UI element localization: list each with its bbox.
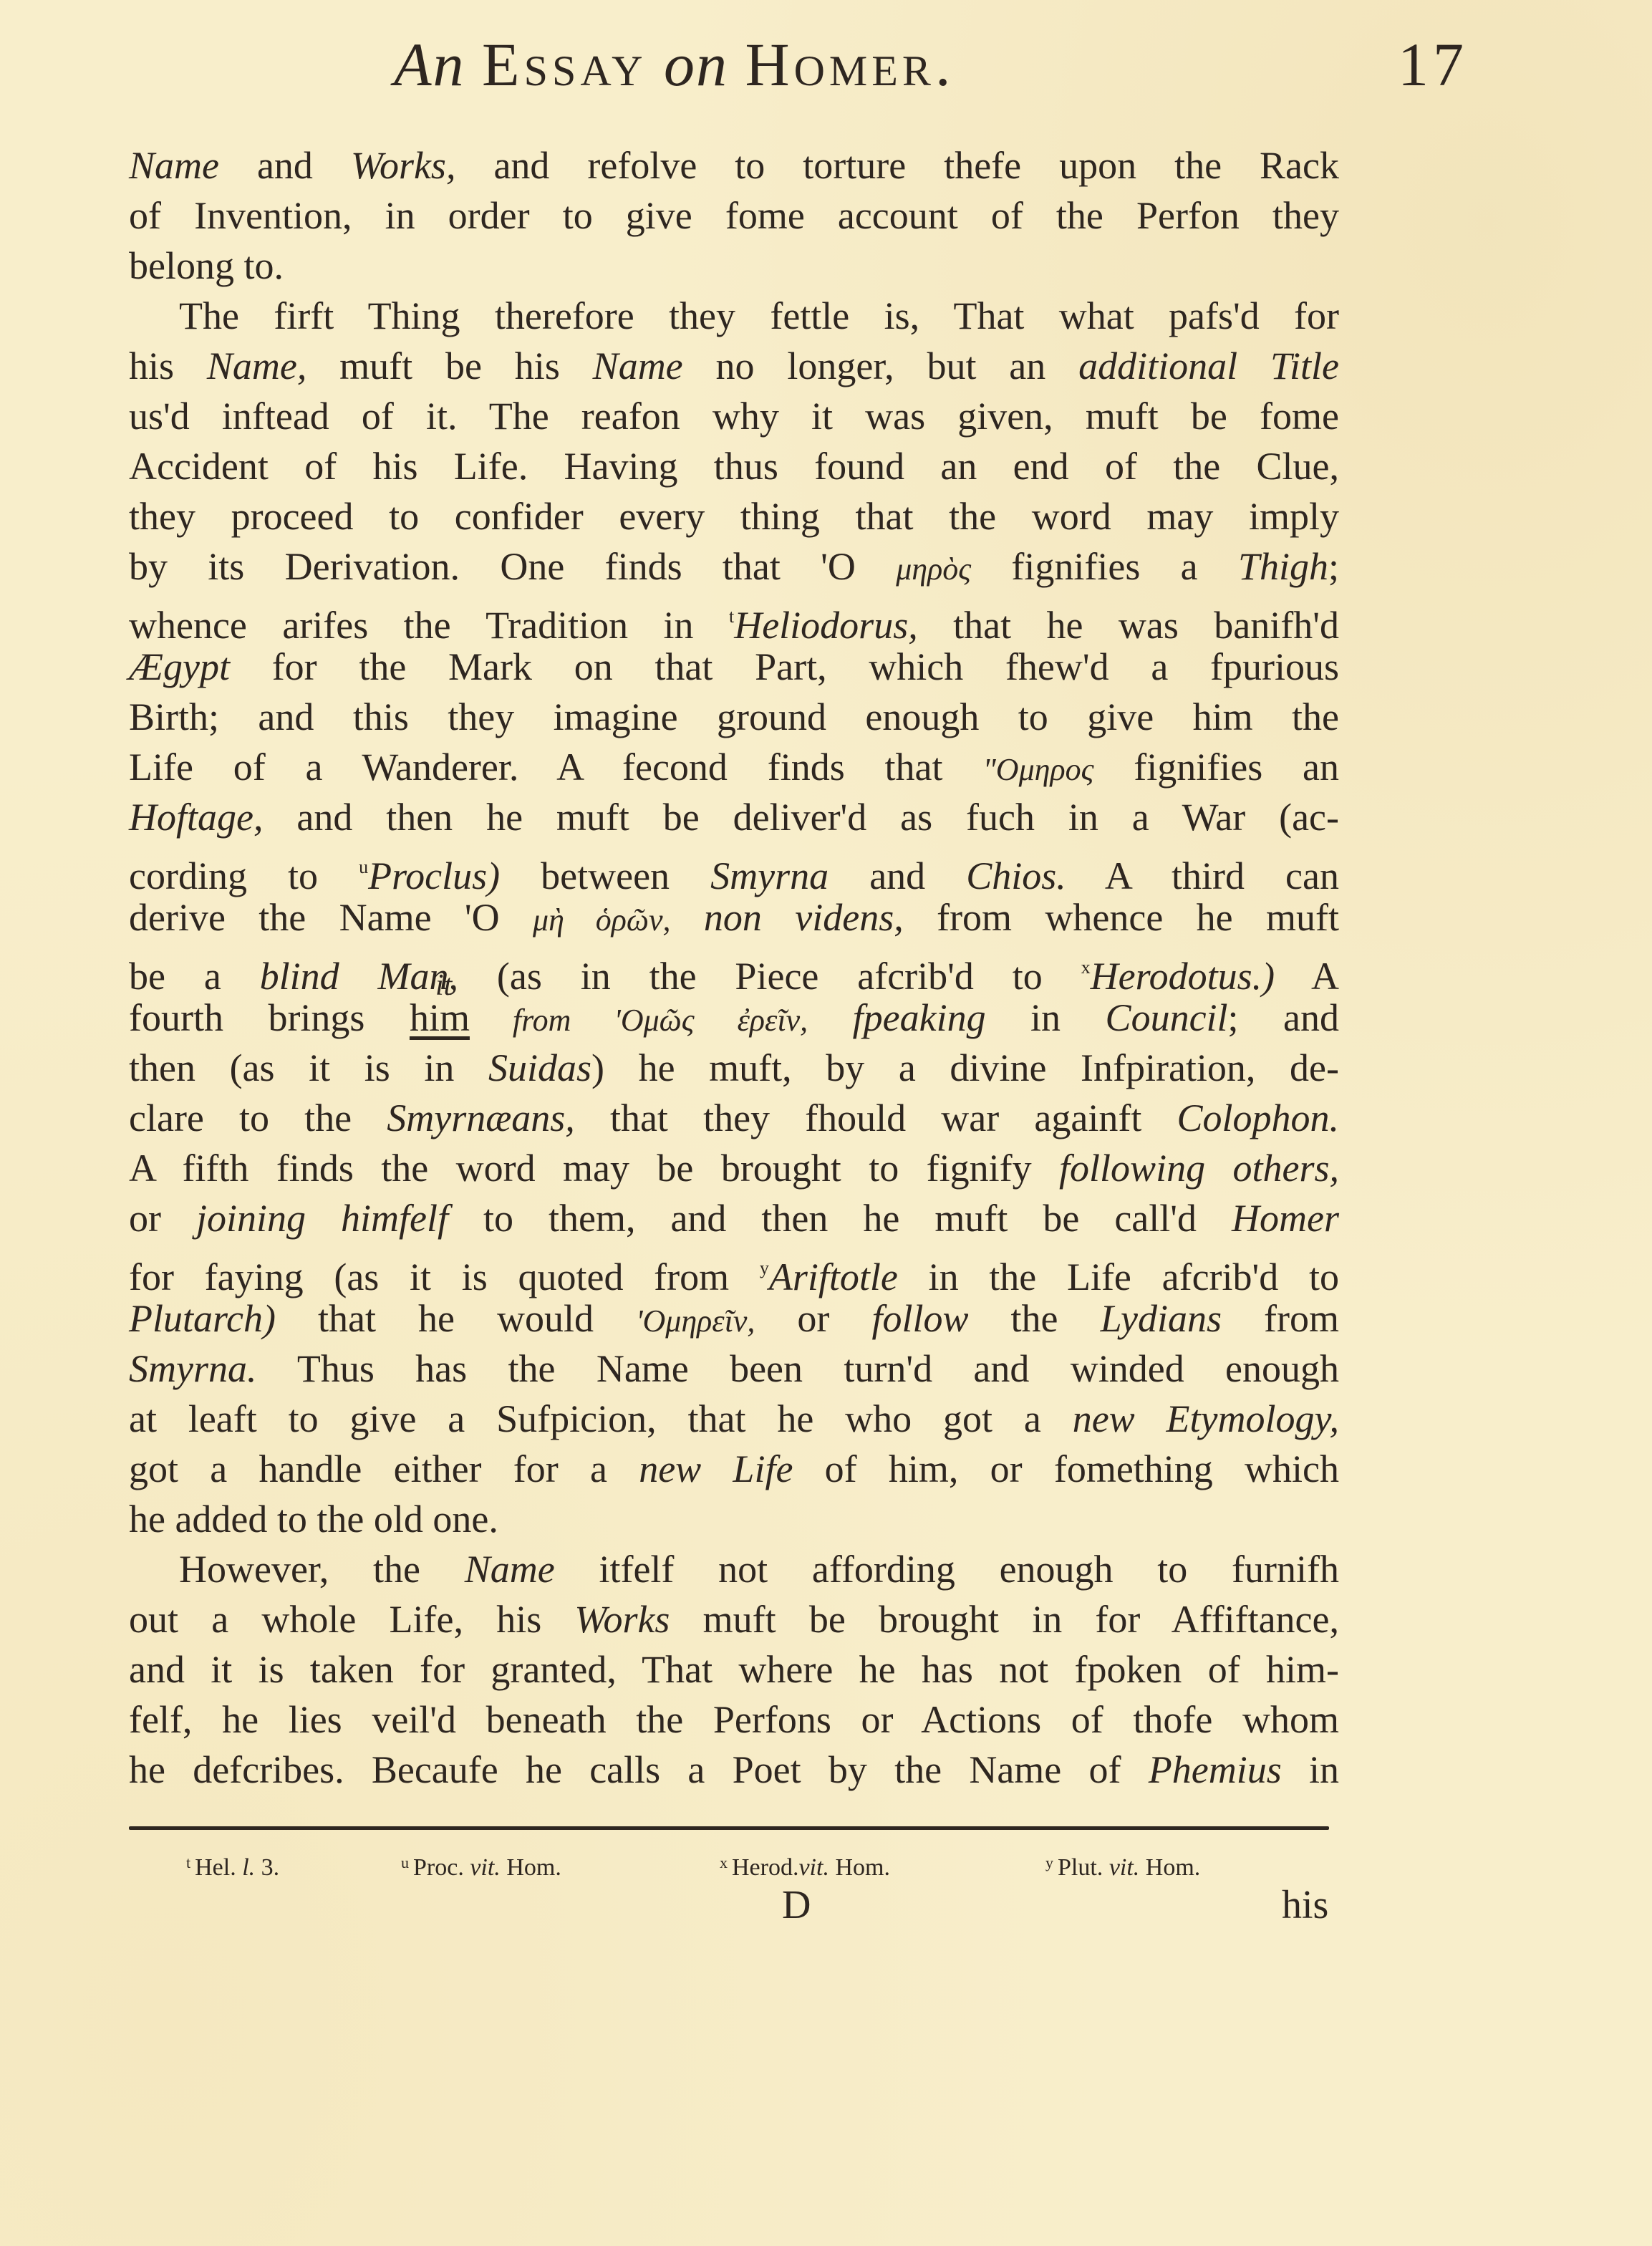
text-run: he added to the old one. xyxy=(129,1498,498,1541)
signature-mark: D xyxy=(782,1882,811,1928)
footnotes: tHel. l. 3. uProc. vit. Hom. xHerod.vit.… xyxy=(186,1854,1303,1889)
text-line: of Invention, in order to give fome acco… xyxy=(129,191,1339,241)
text-line: A fifth finds the word may be brought to… xyxy=(129,1143,1339,1193)
text-line: Accident of his Life. Having thus found … xyxy=(129,441,1339,491)
text-line: Life of a Wanderer. A fecond finds that … xyxy=(129,742,1339,792)
text-line: got a handle either for a new Life of hi… xyxy=(129,1444,1339,1494)
text-run: then (as it is in xyxy=(129,1046,488,1089)
text-line: clare to the Smyrnæans, that they fhould… xyxy=(129,1093,1339,1143)
text-run: Birth; and this they imagine ground enou… xyxy=(129,695,1339,738)
italic-run: non videns, xyxy=(704,896,904,939)
book-page: An Essay on Homer. 17 Name and Works, an… xyxy=(0,0,1652,2246)
text-run: in the Life afcrib'd to xyxy=(898,1255,1339,1298)
text-run: felf, he lies veil'd beneath the Perfons… xyxy=(129,1698,1339,1741)
text-run: be a xyxy=(129,955,260,998)
text-line: derive the Name 'O μὴ ὁρῶν, non videns, … xyxy=(129,892,1339,943)
footnote-rest: Hom. xyxy=(506,1854,561,1881)
text-run: in xyxy=(1282,1748,1339,1791)
text-line: The firft Thing therefore they fettle is… xyxy=(129,291,1339,341)
italic-run: Plutarch) xyxy=(129,1297,276,1340)
text-line: or joining himfelf to them, and then he … xyxy=(129,1193,1339,1243)
running-head: An Essay on Homer. 17 xyxy=(394,29,1468,107)
text-run: Thus has the Name been turn'd and winded… xyxy=(256,1347,1339,1390)
text-run: out a whole Life, his xyxy=(129,1598,574,1641)
text-run: and it is taken for granted, That where … xyxy=(129,1648,1339,1691)
italic-run: Name xyxy=(465,1548,555,1591)
italic-run: blind Man, xyxy=(260,955,458,998)
text-run: ; and xyxy=(1228,996,1339,1039)
text-run: fignifies an xyxy=(1093,746,1339,789)
text-run: and xyxy=(829,854,966,897)
footnote-italic: vit. xyxy=(798,1854,829,1881)
text-line: and it is taken for granted, That where … xyxy=(129,1644,1339,1695)
text-line: Birth; and this they imagine ground enou… xyxy=(129,692,1339,742)
text-run: A third can xyxy=(1066,854,1339,897)
text-line: Name and Works, and refolve to torture t… xyxy=(129,140,1339,191)
text-run: (as in the Piece afcrib'd to xyxy=(458,955,1081,998)
italic-run: Name xyxy=(129,144,219,187)
text-line: he defcribes. Becaufe he calls a Poet by… xyxy=(129,1745,1339,1795)
text-line: belong to. xyxy=(129,241,1339,291)
footnote-text: Proc. xyxy=(413,1854,464,1881)
text-run: and refolve to torture thefe upon the Ra… xyxy=(455,144,1339,187)
title-word-essay: Essay xyxy=(482,30,647,99)
text-run: to them, and then he muft be call'd xyxy=(448,1197,1232,1240)
italic-run: Smyrnæans, xyxy=(387,1097,575,1139)
text-line: Hoftage, and then he muft be deliver'd a… xyxy=(129,792,1339,842)
text-run: derive the Name 'O xyxy=(129,896,533,939)
greek-run: "Ομηρος xyxy=(982,752,1093,787)
text-run: of him, or fomething which xyxy=(793,1447,1339,1490)
title-word-an: An xyxy=(394,30,465,99)
footnote-mark: x xyxy=(720,1854,728,1871)
running-title: An Essay on Homer. xyxy=(394,29,955,100)
italic-run: Smyrna xyxy=(710,854,829,897)
text-run: fignifies a xyxy=(971,545,1238,588)
text-run: itfelf not affording enough to furnifh xyxy=(555,1548,1339,1591)
text-line: whence arifes the Tradition in tHeliodor… xyxy=(129,592,1339,642)
text-run: they proceed to confider every thing tha… xyxy=(129,495,1339,538)
greek-run: μηρὸς xyxy=(896,551,971,587)
italic-run: follow xyxy=(871,1297,968,1340)
text-run: from whence he muft xyxy=(904,896,1339,939)
text-run: or xyxy=(129,1197,196,1240)
text-run: between xyxy=(500,854,710,897)
text-line: then (as it is in Suidas) he muft, by a … xyxy=(129,1043,1339,1093)
footnote-rest: Hom. xyxy=(835,1854,890,1881)
italic-run: Council xyxy=(1106,996,1228,1039)
text-run: A xyxy=(1275,955,1339,998)
text-run: muft be his xyxy=(306,344,592,387)
footnote-italic: vit. xyxy=(470,1854,500,1881)
text-run: A fifth finds the word may be brought to… xyxy=(129,1147,1059,1190)
text-run: for the Mark on that Part, which fhew'd … xyxy=(230,645,1339,688)
title-word-on: on xyxy=(664,30,728,99)
italic-run: Hoftage, xyxy=(129,796,263,839)
greek-run: from 'Ομῶς ἐρεῖν, xyxy=(470,1003,808,1038)
text-run: the xyxy=(969,1297,1101,1340)
text-line: fourth brings himit from 'Ομῶς ἐρεῖν, fp… xyxy=(129,993,1339,1043)
text-run: at leaft to give a Sufpicion, that he wh… xyxy=(129,1397,1073,1440)
handwritten-correction: himit xyxy=(410,996,470,1039)
text-run: Accident of his Life. Having thus found … xyxy=(129,445,1339,488)
italic-run: Homer xyxy=(1232,1197,1339,1240)
footnote-italic: vit. xyxy=(1109,1854,1139,1881)
text-run: got a handle either for a xyxy=(129,1447,639,1490)
footnote-italic: l. xyxy=(242,1854,255,1881)
text-run xyxy=(671,896,704,939)
footnote-text: Hel. xyxy=(195,1854,236,1881)
text-run: no longer, but an xyxy=(683,344,1078,387)
greek-run: 'Ομηρεῖν, xyxy=(636,1303,755,1339)
text-line: he added to the old one. xyxy=(129,1494,1339,1544)
text-run: he defcribes. Becaufe he calls a Poet by… xyxy=(129,1748,1149,1791)
footnote-rule xyxy=(129,1826,1329,1830)
annotation-mark: it xyxy=(435,970,452,1001)
text-run: and then he muft be deliver'd as fuch in… xyxy=(263,796,1339,839)
text-line: at leaft to give a Sufpicion, that he wh… xyxy=(129,1394,1339,1444)
italic-run: fpeaking xyxy=(853,996,986,1039)
underlined-word: him xyxy=(410,996,470,1039)
italic-run: Herodotus.) xyxy=(1091,955,1275,998)
italic-run: Suidas xyxy=(488,1046,591,1089)
text-run: that they fhould war againft xyxy=(575,1097,1177,1139)
text-run: of Invention, in order to give fome acco… xyxy=(129,194,1339,237)
text-run: ; xyxy=(1328,545,1339,588)
italic-run: new Etymology, xyxy=(1073,1397,1339,1440)
italic-run: Works xyxy=(574,1598,670,1641)
text-run: belong to. xyxy=(129,244,284,287)
text-run: that he was banifh'd xyxy=(918,604,1339,647)
footnote-u: uProc. vit. Hom. xyxy=(401,1854,561,1881)
footnote-ref: x xyxy=(1081,957,1091,978)
text-run: his xyxy=(129,344,207,387)
text-line: Smyrna. Thus has the Name been turn'd an… xyxy=(129,1344,1339,1394)
text-run: in xyxy=(986,996,1106,1039)
italic-run: additional Title xyxy=(1078,344,1339,387)
footnote-ref: u xyxy=(359,857,368,877)
greek-run: μὴ ὁρῶν, xyxy=(533,902,671,938)
italic-run: following others, xyxy=(1059,1147,1339,1190)
text-run: ) he muft, by a divine Infpiration, de- xyxy=(591,1046,1339,1089)
italic-run: Name, xyxy=(207,344,306,387)
footnote-t: tHel. l. 3. xyxy=(186,1854,279,1881)
footnote-text: Plut. xyxy=(1058,1854,1103,1881)
text-run: However, the xyxy=(179,1548,465,1591)
text-run: muft be brought in for Affiftance, xyxy=(670,1598,1339,1641)
text-run: for faying (as it is quoted from xyxy=(129,1255,760,1298)
footnote-mark: y xyxy=(1045,1854,1053,1871)
catchword: his xyxy=(1282,1882,1328,1928)
italic-run: Heliodorus, xyxy=(734,604,918,647)
italic-run: Works, xyxy=(351,144,456,187)
italic-run: Smyrna. xyxy=(129,1347,256,1390)
footnote-y: yPlut. vit. Hom. xyxy=(1045,1854,1200,1881)
text-line: for faying (as it is quoted from yArifto… xyxy=(129,1243,1339,1293)
text-line: us'd inftead of it. The reafon why it wa… xyxy=(129,391,1339,441)
page-number: 17 xyxy=(1398,29,1468,100)
text-run: by its Derivation. One finds that 'O xyxy=(129,545,896,588)
footnote-ref: y xyxy=(760,1258,769,1278)
text-line: out a whole Life, his Works muft be brou… xyxy=(129,1594,1339,1644)
text-run: or xyxy=(755,1297,871,1340)
text-run: and xyxy=(219,144,351,187)
text-line: However, the Name itfelf not affording e… xyxy=(129,1544,1339,1594)
text-line: cording to uProclus) between Smyrna and … xyxy=(129,842,1339,892)
footnote-mark: t xyxy=(186,1854,190,1871)
text-run: The firft Thing therefore they fettle is… xyxy=(179,294,1339,337)
italic-run: joining himfelf xyxy=(196,1197,448,1240)
text-run: from xyxy=(1222,1297,1339,1340)
text-run: fourth brings xyxy=(129,996,410,1039)
text-run: Life of a Wanderer. A fecond finds that xyxy=(129,746,982,789)
text-line: Ægypt for the Mark on that Part, which f… xyxy=(129,642,1339,692)
text-run: us'd inftead of it. The reafon why it wa… xyxy=(129,395,1339,438)
text-run: clare to the xyxy=(129,1097,387,1139)
italic-run: new Life xyxy=(639,1447,793,1490)
italic-run: Chios. xyxy=(966,854,1066,897)
text-run: whence arifes the Tradition in xyxy=(129,604,729,647)
text-run: that he would xyxy=(276,1297,636,1340)
italic-run: Name xyxy=(593,344,683,387)
text-line: his Name, muft be his Name no longer, bu… xyxy=(129,341,1339,391)
text-line: they proceed to confider every thing tha… xyxy=(129,491,1339,541)
italic-run: Ægypt xyxy=(129,645,230,688)
text-line: be a blind Man, (as in the Piece afcrib'… xyxy=(129,943,1339,993)
italic-run: Lydians xyxy=(1101,1297,1222,1340)
footnote-mark: u xyxy=(401,1854,409,1871)
title-word-homer: Homer. xyxy=(745,30,955,99)
italic-run: Ariftotle xyxy=(769,1255,898,1298)
text-run: cording to xyxy=(129,854,359,897)
italic-run: Colophon. xyxy=(1177,1097,1339,1139)
italic-run: Proclus) xyxy=(368,854,500,897)
footnote-x: xHerod.vit. Hom. xyxy=(720,1854,890,1881)
italic-run: Phemius xyxy=(1149,1748,1282,1791)
text-line: Plutarch) that he would 'Ομηρεῖν, or fol… xyxy=(129,1293,1339,1344)
text-run xyxy=(808,996,852,1039)
footnote-rest: Hom. xyxy=(1146,1854,1201,1881)
italic-run: Thigh xyxy=(1238,545,1328,588)
footnote-text: Herod. xyxy=(732,1854,798,1881)
text-line: felf, he lies veil'd beneath the Perfons… xyxy=(129,1695,1339,1745)
body-text: Name and Works, and refolve to torture t… xyxy=(129,140,1339,1795)
footnote-rest: 3. xyxy=(261,1854,280,1881)
text-line: by its Derivation. One finds that 'O μηρ… xyxy=(129,541,1339,592)
